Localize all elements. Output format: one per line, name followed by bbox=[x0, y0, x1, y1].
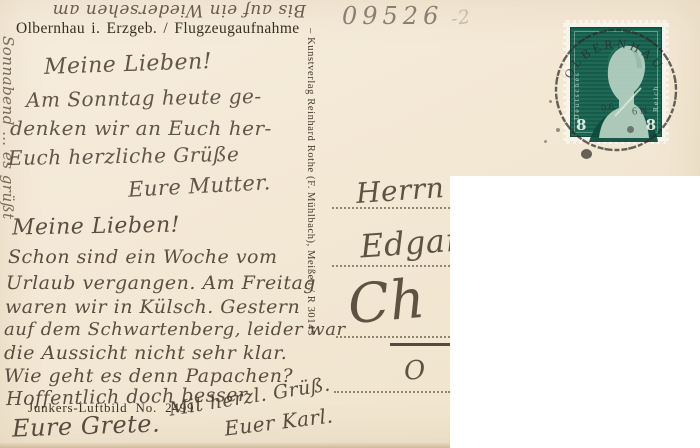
privacy-redaction-box bbox=[450, 176, 700, 448]
address-line-edgar: Edgar bbox=[359, 221, 463, 266]
pencil-number-light: -2 bbox=[450, 6, 472, 31]
ink-smudge bbox=[627, 126, 634, 133]
ink-smudge bbox=[581, 149, 592, 159]
message-lower-line: die Aussicht nicht sehr klar. bbox=[4, 342, 287, 364]
message-lower-line: waren wir in Külsch. Gestern bbox=[5, 296, 300, 318]
postmark-hour-text: 6 N bbox=[632, 105, 649, 117]
postcard-back-scan: Bis auf ein Wiedersehen am Olbernhau i. … bbox=[0, 0, 700, 448]
address-rule-2 bbox=[332, 265, 450, 267]
ink-speckle bbox=[549, 100, 552, 103]
card-edge-shadow bbox=[0, 442, 452, 448]
top-note-handwriting: Bis auf ein Wiedersehen am bbox=[6, 0, 306, 20]
message-upper-line: Am Sonntag heute ge- bbox=[26, 84, 262, 112]
message-upper-signature: Eure Mutter. bbox=[127, 170, 271, 201]
message-upper-line: Euch herzliche Grüße bbox=[8, 142, 240, 170]
caption-title: Olbernhau i. Erzgeb. / Flugzeugaufnahme bbox=[16, 20, 300, 38]
address-line-4-initial: O bbox=[403, 355, 427, 386]
message-upper-line: denken wir an Euch her- bbox=[10, 116, 272, 140]
ink-speckle bbox=[556, 128, 560, 132]
message-lower-line: Schon sind ein Woche vom bbox=[8, 246, 278, 268]
message-lower-line: Wie geht es denn Papachen? bbox=[4, 365, 293, 387]
address-rule-4 bbox=[334, 391, 450, 393]
message-upper-line: Meine Lieben! bbox=[44, 49, 213, 80]
address-city-initial: Ch bbox=[345, 267, 427, 336]
publisher-imprint: – Kunstverlag Reinhard Rothe (F. Mühlbac… bbox=[305, 28, 316, 410]
svg-text:OLBERNHAU: OLBERNHAU bbox=[559, 32, 668, 81]
postmark-town-text: OLBERNHAU bbox=[559, 32, 668, 81]
postmark-stamp-cancel: OLBERNHAU 0.6. 6 N bbox=[540, 14, 692, 166]
address-underline bbox=[390, 343, 450, 346]
message-lower-line: auf dem Schwartenberg, leider war bbox=[4, 319, 346, 340]
postmark-date-text: 0.6. bbox=[601, 101, 618, 114]
address-line-herrn: Herrn bbox=[355, 171, 445, 210]
address-rule-1 bbox=[332, 207, 450, 209]
pencil-number-dark: 09526 bbox=[342, 2, 443, 30]
message-lower-line: Meine Lieben! bbox=[12, 213, 180, 241]
ink-speckle bbox=[544, 140, 547, 143]
pencil-number: 09526 -2 bbox=[342, 2, 471, 30]
message-lower-line: Urlaub vergangen. Am Freitag bbox=[6, 272, 316, 294]
address-rule-3 bbox=[336, 336, 450, 338]
